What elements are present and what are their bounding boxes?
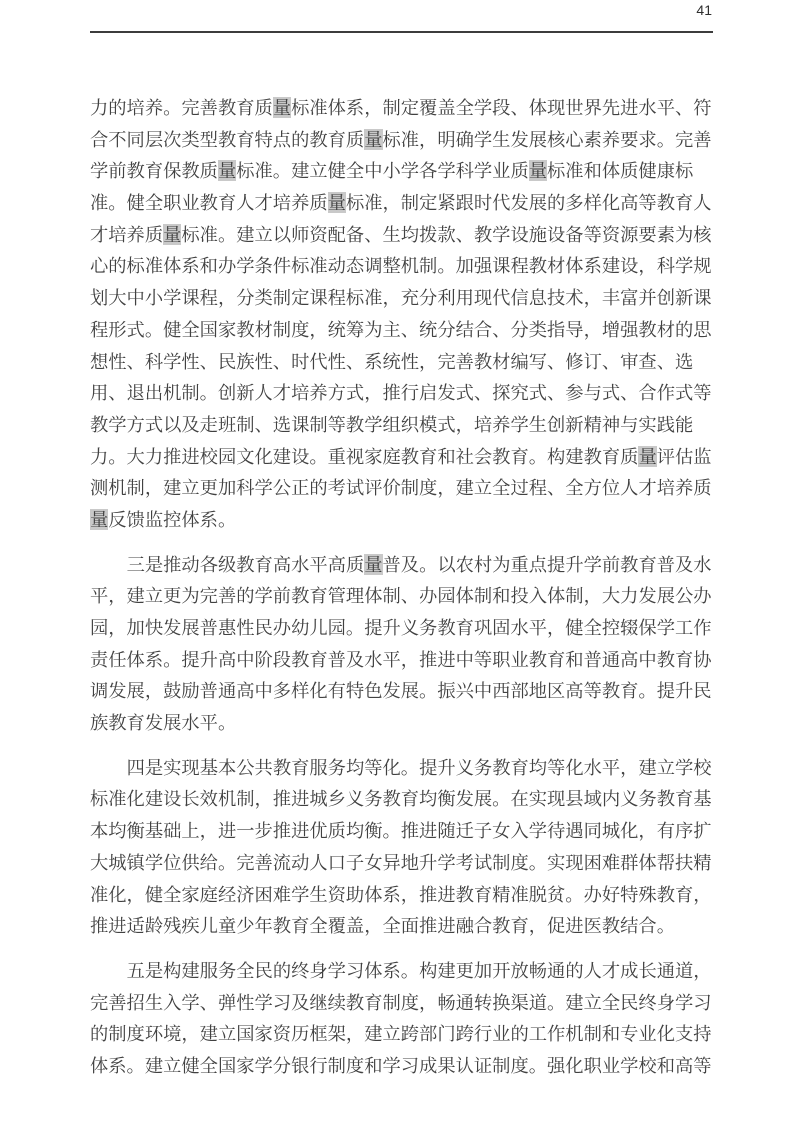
text-line: 五是构建服务全民的终身学习体系。构建更加开放畅通的人才成长通道， <box>90 955 713 987</box>
text-line: 体系。建立健全国家学分银行制度和学习成果认证制度。强化职业学校和高等 <box>90 1050 713 1082</box>
text-line: 合不同层次类型教育特点的教育质量标准，明确学生发展核心素养要求。完善 <box>90 124 713 156</box>
text-line: 完善招生入学、弹性学习及继续教育制度，畅通转换渠道。建立全民终身学习 <box>90 987 713 1019</box>
search-highlight: 量 <box>638 446 656 467</box>
search-highlight: 量 <box>364 129 382 150</box>
search-highlight: 量 <box>273 97 291 118</box>
text-line: 才培养质量标准。建立以师资配备、生均拨款、教学设施设备等资源要素为核 <box>90 219 713 251</box>
search-highlight: 量 <box>218 160 236 181</box>
text-line: 园，加快发展普惠性民办幼儿园。提升义务教育巩固水平，健全控辍保学工作 <box>90 612 713 644</box>
page-number: 41 <box>696 1 712 19</box>
header-rule <box>90 31 713 33</box>
search-highlight: 量 <box>328 192 346 213</box>
text-line: 心的标准体系和办学条件标准动态调整机制。加强课程教材体系建设，科学规 <box>90 250 713 282</box>
text-line: 平，建立更为完善的学前教育管理体制、办园体制和投入体制，大力发展公办 <box>90 580 713 612</box>
text-line: 划大中小学课程，分类制定课程标准，充分利用现代信息技术，丰富并创新课 <box>90 282 713 314</box>
text-line: 准化，健全家庭经济困难学生资助体系，推进教育精准脱贫。办好特殊教育， <box>90 879 713 911</box>
text-line: 的制度环境，建立国家资历框架，建立跨部门跨行业的工作机制和专业化支持 <box>90 1018 713 1050</box>
text-line: 四是实现基本公共教育服务均等化。提升义务教育均等化水平，建立学校 <box>90 752 713 784</box>
text-line: 本均衡基础上，进一步推进优质均衡。推进随迁子女入学待遇同城化，有序扩 <box>90 815 713 847</box>
search-highlight: 量 <box>163 224 181 245</box>
text-line: 力的培养。完善教育质量标准体系，制定覆盖全学段、体现世界先进水平、符 <box>90 92 713 124</box>
text-line: 学前教育保教质量标准。建立健全中小学各学科学业质量标准和体质健康标 <box>90 155 713 187</box>
paragraph: 五是构建服务全民的终身学习体系。构建更加开放畅通的人才成长通道，完善招生入学、弹… <box>90 955 713 1082</box>
document-page: 41 力的培养。完善教育质量标准体系，制定覆盖全学段、体现世界先进水平、符合不同… <box>0 0 793 1122</box>
search-highlight: 量 <box>529 160 547 181</box>
paragraph: 力的培养。完善教育质量标准体系，制定覆盖全学段、体现世界先进水平、符合不同层次类… <box>90 92 713 536</box>
text-line: 力。大力推进校园文化建设。重视家庭教育和社会教育。构建教育质量评估监 <box>90 441 713 473</box>
text-line: 想性、科学性、民族性、时代性、系统性，完善教材编写、修订、审查、选 <box>90 346 713 378</box>
text-line: 调发展，鼓励普通高中多样化有特色发展。振兴中西部地区高等教育。提升民 <box>90 675 713 707</box>
text-line: 程形式。健全国家教材制度，统筹为主、统分结合、分类指导，增强教材的思 <box>90 314 713 346</box>
text-line: 准。健全职业教育人才培养质量标准，制定紧跟时代发展的多样化高等教育人 <box>90 187 713 219</box>
search-highlight: 量 <box>364 554 382 575</box>
text-line: 大城镇学位供给。完善流动人口子女异地升学考试制度。实现困难群体帮扶精 <box>90 847 713 879</box>
text-line: 三是推动各级教育高水平高质量普及。以农村为重点提升学前教育普及水 <box>90 549 713 581</box>
text-line: 责任体系。提升高中阶段教育普及水平，推进中等职业教育和普通高中教育协 <box>90 644 713 676</box>
text-line: 推进适龄残疾儿童少年教育全覆盖，全面推进融合教育，促进医教结合。 <box>90 910 713 942</box>
text-line: 量反馈监控体系。 <box>90 504 713 536</box>
text-line: 教学方式以及走班制、选课制等教学组织模式，培养学生创新精神与实践能 <box>90 409 713 441</box>
search-highlight: 量 <box>90 509 108 530</box>
document-body: 力的培养。完善教育质量标准体系，制定覆盖全学段、体现世界先进水平、符合不同层次类… <box>90 92 713 1095</box>
paragraph: 三是推动各级教育高水平高质量普及。以农村为重点提升学前教育普及水平，建立更为完善… <box>90 549 713 739</box>
text-line: 用、退出机制。创新人才培养方式，推行启发式、探究式、参与式、合作式等 <box>90 377 713 409</box>
text-line: 标准化建设长效机制，推进城乡义务教育均衡发展。在实现县域内义务教育基 <box>90 783 713 815</box>
text-line: 测机制，建立更加科学公正的考试评价制度，建立全过程、全方位人才培养质 <box>90 472 713 504</box>
text-line: 族教育发展水平。 <box>90 707 713 739</box>
paragraph: 四是实现基本公共教育服务均等化。提升义务教育均等化水平，建立学校标准化建设长效机… <box>90 752 713 942</box>
